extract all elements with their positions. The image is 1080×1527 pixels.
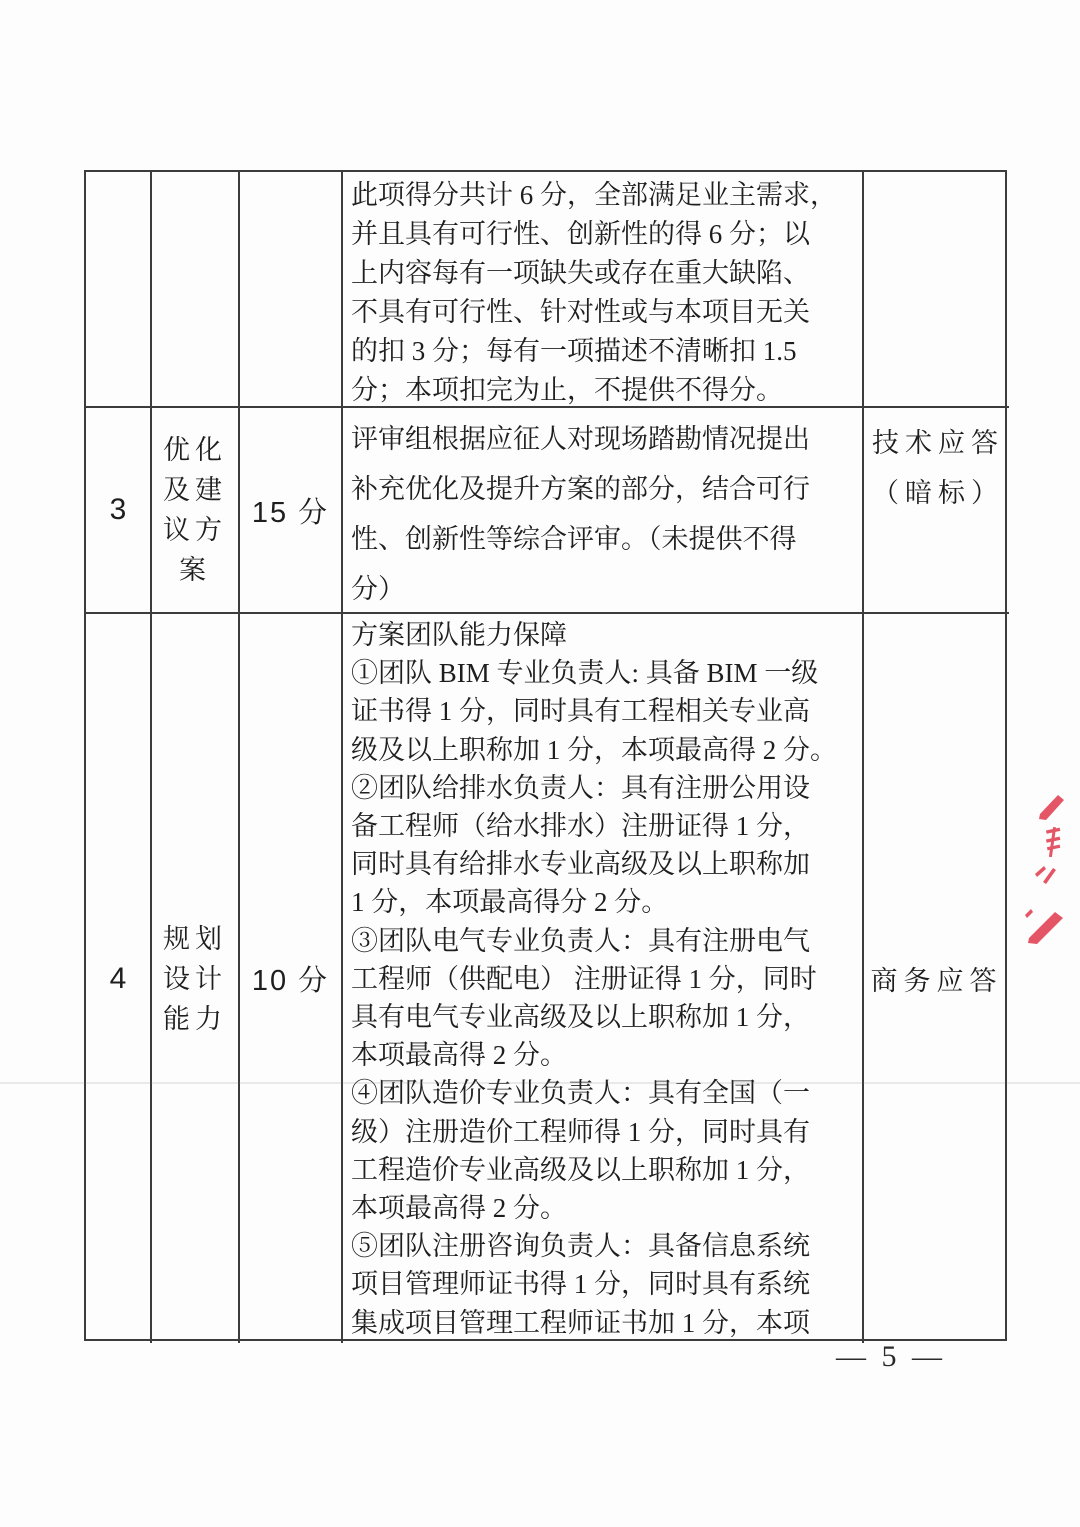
row1-score-cell	[240, 172, 343, 408]
row4-criteria-text: 方案团队能力保障 ①团队 BIM 专业负责人: 具备 BIM 一级 证书得 1 …	[343, 614, 864, 1343]
row3-response-cell: 技术应答 （暗标）	[864, 408, 1009, 614]
row1-response-cell	[864, 172, 1009, 408]
row4-category-cell: 规划设计能力	[152, 614, 240, 1343]
row3-category-cell: 优化及建议方案	[152, 408, 240, 614]
scan-artifact-line	[0, 1082, 1080, 1084]
row3-score-cell: 15 分	[240, 408, 343, 614]
row3-criteria-text: 评审组根据应征人对现场踏勘情况提出 补充优化及提升方案的部分，结合可行 性、创新…	[343, 408, 864, 614]
row1-criteria-text: 此项得分共计 6 分，全部满足业主需求， 并且具有可行性、创新性的得 6 分；以…	[343, 172, 864, 408]
row4-score-cell: 10 分	[240, 614, 343, 1343]
row1-category-cell	[152, 172, 240, 408]
document-page: 此项得分共计 6 分，全部满足业主需求， 并且具有可行性、创新性的得 6 分；以…	[0, 0, 1080, 1527]
row4-no-cell: 4	[86, 614, 152, 1343]
row3-no-cell: 3	[86, 408, 152, 614]
evaluation-score-table: 此项得分共计 6 分，全部满足业主需求， 并且具有可行性、创新性的得 6 分；以…	[84, 170, 1007, 1341]
page-number: — 5 —	[816, 1340, 966, 1374]
row1-no-cell	[86, 172, 152, 408]
red-stamp-fragment-icon	[1013, 772, 1080, 962]
row4-response-cell: 商务应答	[864, 614, 1009, 1343]
